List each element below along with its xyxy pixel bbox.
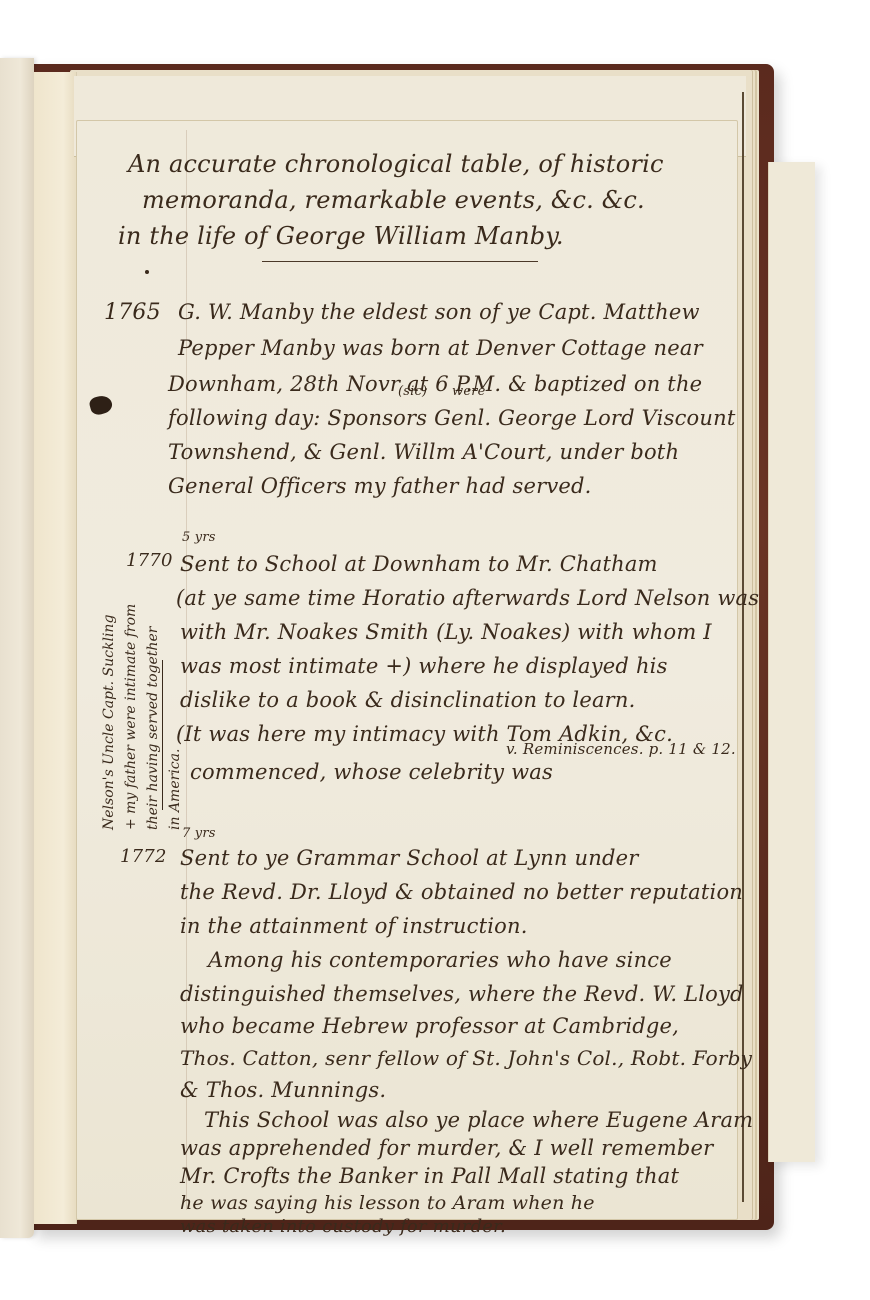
entry-1772-line-7: Thos. Catton, senr fellow of St. John's … xyxy=(180,1046,752,1070)
entry-1765-line-3: Downham, 28th Novr at 6 P.M. & baptized … xyxy=(168,372,702,396)
entry-1770-line-7: commenced, whose celebrity was xyxy=(190,760,553,784)
title-underline xyxy=(262,261,538,262)
entry-1772-line-1: Sent to ye Grammar School at Lynn under xyxy=(180,846,638,870)
margin-note-line-4: in America. xyxy=(164,604,186,830)
margin-note-rule xyxy=(162,660,163,810)
entry-1765-line-2: Pepper Manby was born at Denver Cottage … xyxy=(178,336,703,360)
entry-1770-line-5: dislike to a book & disinclination to le… xyxy=(180,688,636,712)
ink-dot xyxy=(145,270,149,274)
entry-1772-line-5: distinguished themselves, where the Revd… xyxy=(180,982,744,1006)
entry-1772-line-12: he was saying his lesson to Aram when he xyxy=(180,1192,595,1214)
entry-1772-line-8: & Thos. Munnings. xyxy=(180,1078,386,1102)
left-page-edge xyxy=(0,58,34,1238)
page-edge-line xyxy=(742,92,744,1202)
margin-note-line-2: + my father were intimate from xyxy=(120,604,142,830)
year-1770: 1770 xyxy=(126,550,173,571)
entry-1765-line-5: Townshend, & Genl. Willm A'Court, under … xyxy=(168,440,679,464)
title-line-3: in the life of George William Manby. xyxy=(118,222,564,250)
margin-note-nelson: Nelson's Uncle Capt. Suckling + my fathe… xyxy=(98,604,186,830)
year-1765: 1765 xyxy=(104,300,161,325)
entry-1772-line-13: was taken into custody for murder. xyxy=(180,1216,506,1237)
entry-1765-line-6: General Officers my father had served. xyxy=(168,474,592,498)
entry-1772-line-4: Among his contemporaries who have since xyxy=(208,948,672,972)
entry-1772-line-11: Mr. Crofts the Banker in Pall Mall stati… xyxy=(180,1164,679,1188)
entry-1772-line-6: who became Hebrew professor at Cambridge… xyxy=(180,1014,679,1038)
entry-1765-line-4: following day: Sponsors Genl. George Lor… xyxy=(168,406,735,430)
entry-1772-line-10: was apprehended for murder, & I well rem… xyxy=(180,1136,713,1160)
tipped-in-slip xyxy=(768,162,815,1162)
gutter xyxy=(34,72,77,1224)
entry-1770-line-1: Sent to School at Downham to Mr. Chatham xyxy=(180,552,658,576)
reference-note: v. Reminiscences. p. 11 & 12. xyxy=(506,740,736,758)
entry-1772-line-2: the Revd. Dr. Lloyd & obtained no better… xyxy=(180,880,743,904)
entry-1770-line-3: with Mr. Noakes Smith (Ly. Noakes) with … xyxy=(180,620,712,644)
age-note-7-yrs: 7 yrs xyxy=(182,826,216,841)
margin-note-line-3: their having served together xyxy=(142,604,164,830)
entry-1772-line-9: This School was also ye place where Euge… xyxy=(204,1108,753,1132)
entry-1770-line-4: was most intimate +) where he displayed … xyxy=(180,654,668,678)
entry-1765-line-1: G. W. Manby the eldest son of ye Capt. M… xyxy=(178,300,700,324)
title-line-2: memoranda, remarkable events, &c. &c. xyxy=(142,186,645,214)
margin-note-line-1: Nelson's Uncle Capt. Suckling xyxy=(98,604,120,830)
entry-1772-line-3: in the attainment of instruction. xyxy=(180,914,528,938)
title-line-1: An accurate chronological table, of hist… xyxy=(128,150,664,178)
age-note-5-yrs: 5 yrs xyxy=(182,530,216,545)
entry-1770-line-2: (at ye same time Horatio afterwards Lord… xyxy=(176,586,759,610)
year-1772: 1772 xyxy=(120,846,167,867)
